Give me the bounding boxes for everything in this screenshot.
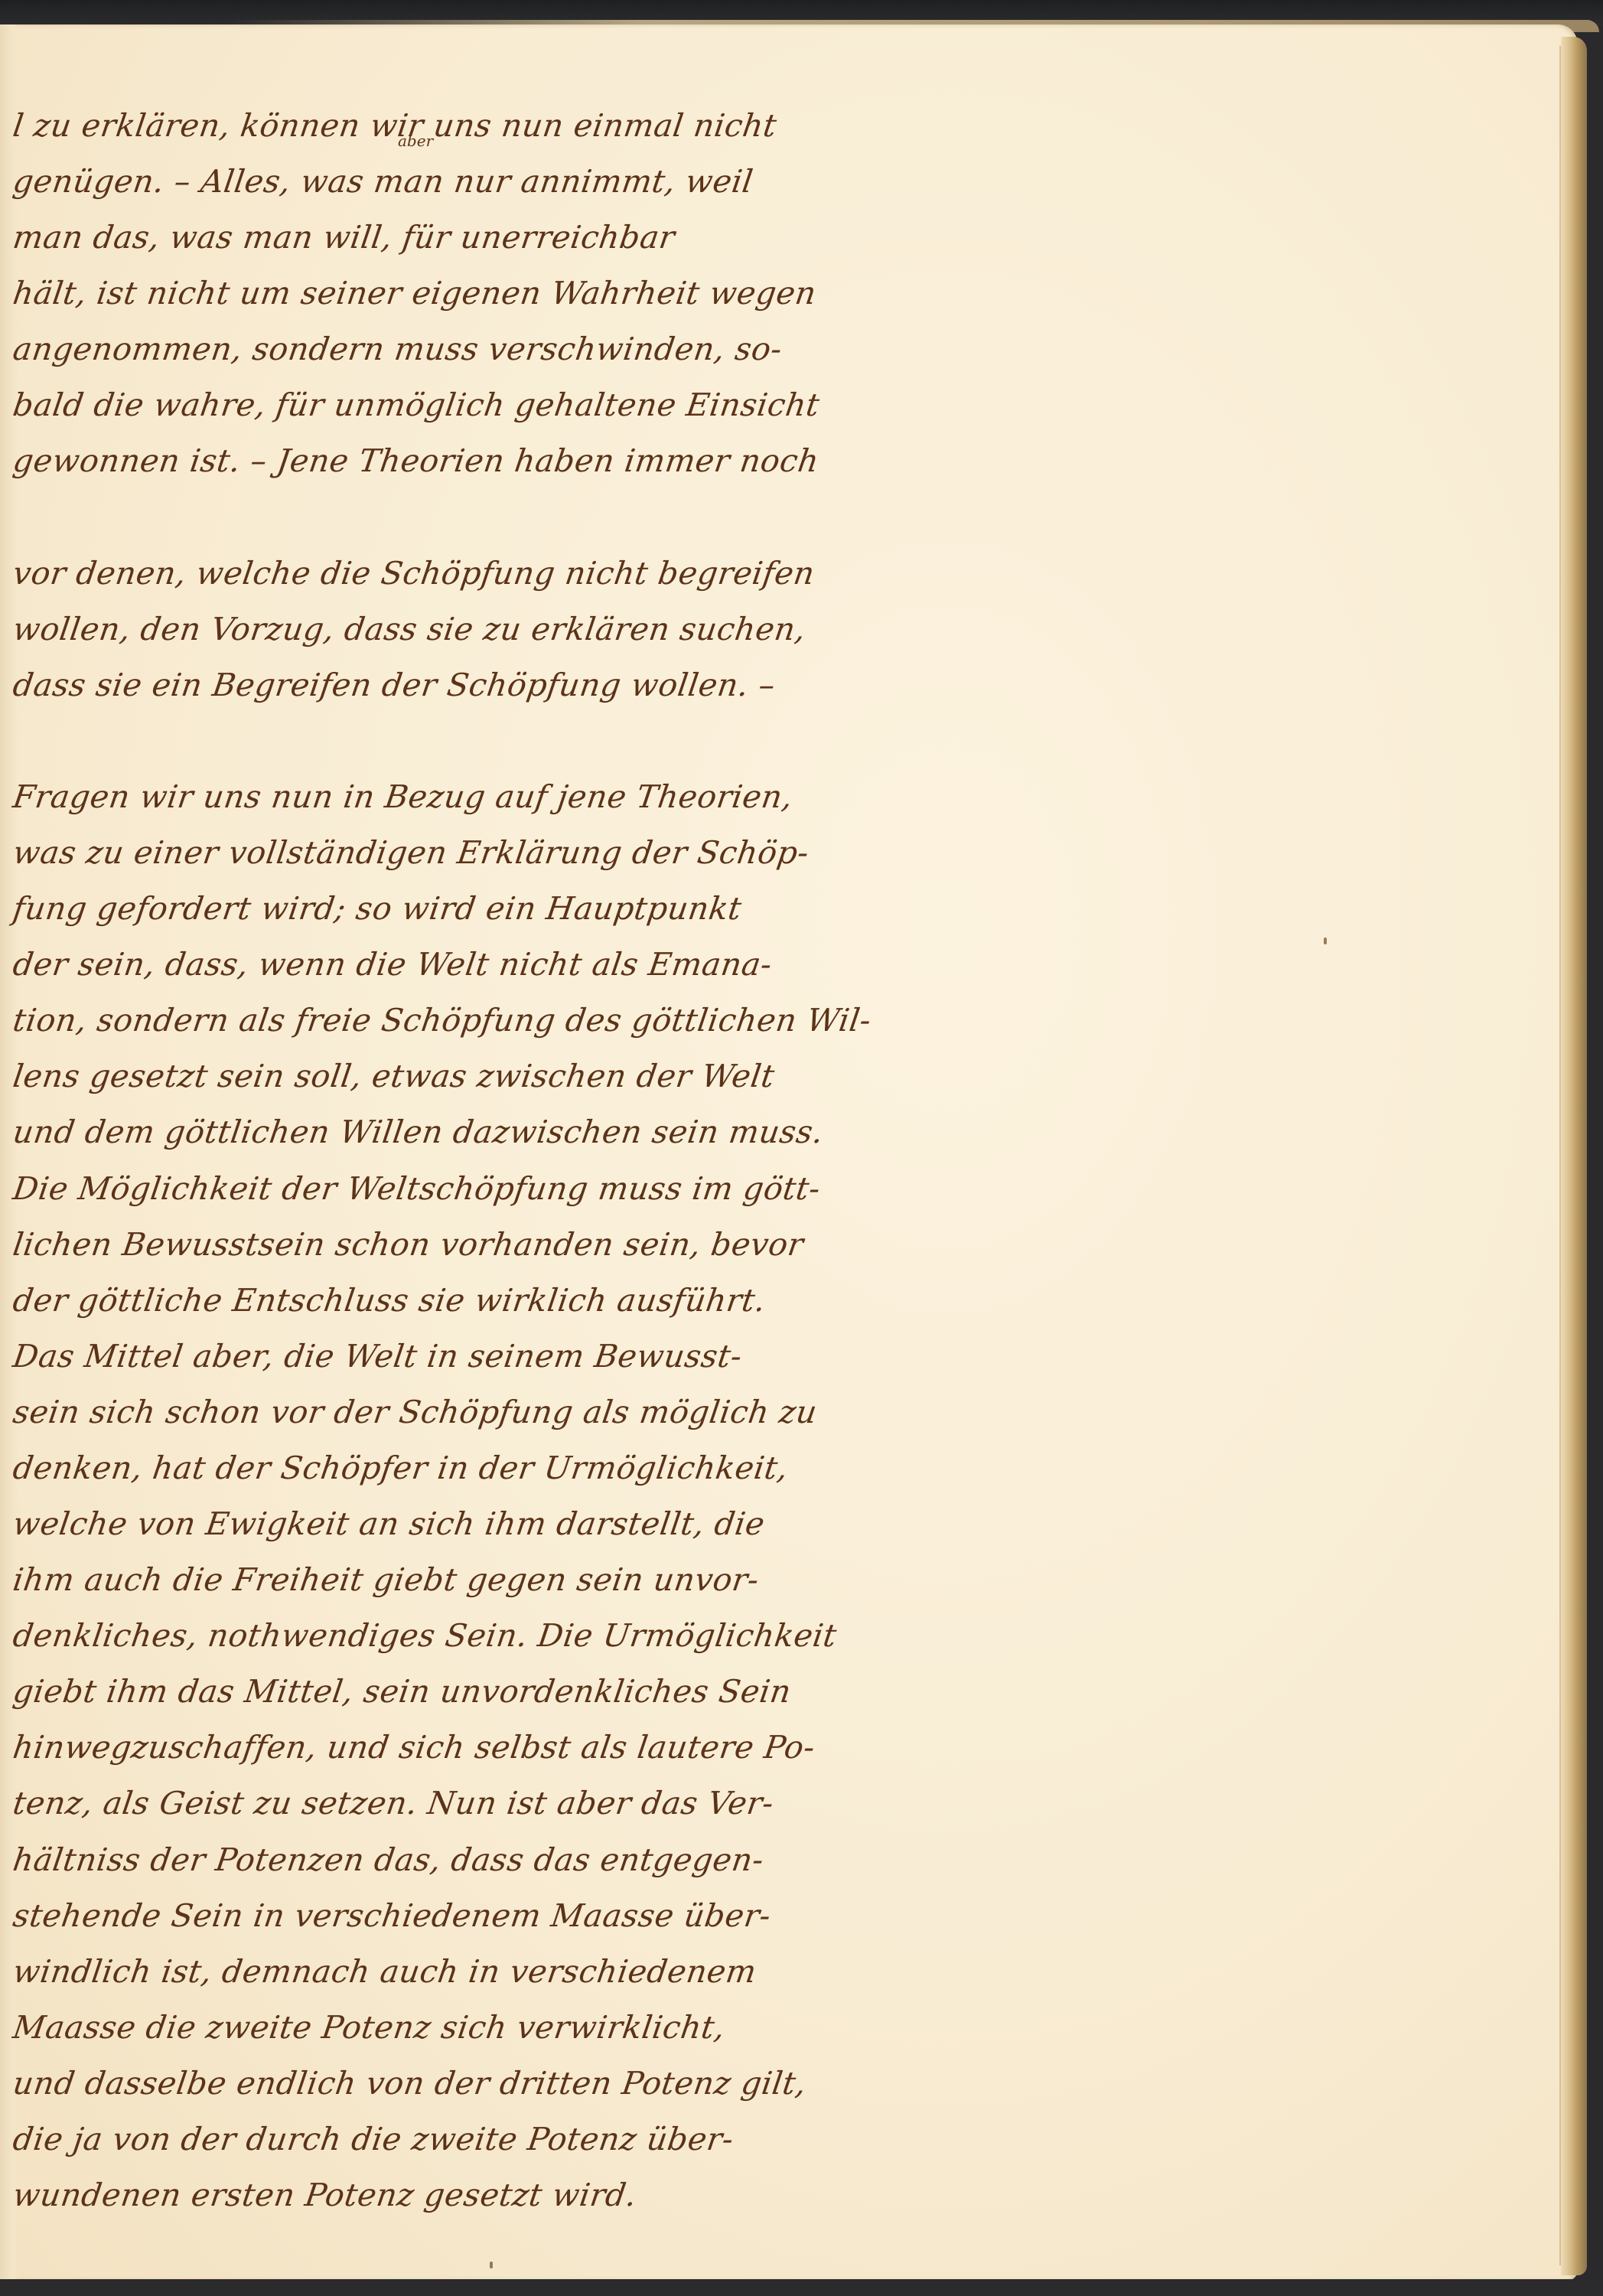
manuscript-line: Das Mittel aber, die Welt in seinem Bewu…: [11, 1338, 744, 1375]
manuscript-line: genügen. – Alles, was man nur annimmt, w…: [11, 163, 755, 200]
manuscript-line: der sein, dass, wenn die Welt nicht als …: [11, 946, 774, 983]
manuscript-line: und dem göttlichen Willen dazwischen sei…: [11, 1114, 826, 1150]
page-fore-edge: [1561, 37, 1587, 2275]
manuscript-line: der göttliche Entschluss sie wirklich au…: [11, 1282, 768, 1319]
manuscript-line: bald die wahre, für unmöglich gehaltene …: [11, 386, 822, 423]
manuscript-line: wundenen ersten Potenz gesetzt wird.: [11, 2177, 639, 2213]
manuscript-line: hinwegzuschaffen, und sich selbst als la…: [11, 1729, 817, 1766]
manuscript-line: gewonnen ist. – Jene Theorien haben imme…: [11, 442, 821, 479]
manuscript-line: l zu erklären, können wir uns nun einmal…: [11, 107, 779, 144]
manuscript-line: hältniss der Potenzen das, dass das entg…: [11, 1841, 766, 1878]
manuscript-line: die ja von der durch die zweite Potenz ü…: [11, 2121, 736, 2157]
manuscript-line: tenz, als Geist zu setzen. Nun ist aber …: [11, 1785, 776, 1821]
manuscript-line: und dasselbe endlich von der dritten Pot…: [11, 2065, 809, 2102]
page-edge-line: [1559, 46, 1561, 2265]
dark-background-bottom: [0, 2279, 1603, 2296]
manuscript-line: Die Möglichkeit der Weltschöpfung muss i…: [11, 1170, 823, 1207]
manuscript-line: man das, was man will, für unerreichbar: [11, 219, 677, 256]
manuscript-line: vor denen, welche die Schöpfung nicht be…: [11, 555, 817, 592]
ink-speck: [490, 2262, 493, 2268]
manuscript-line: was zu einer vollständigen Erklärung der…: [11, 834, 811, 871]
interlinear-insertion: aber: [398, 132, 433, 150]
manuscript-line: lens gesetzt sein soll, etwas zwischen d…: [11, 1058, 777, 1094]
manuscript-line: windlich ist, demnach auch in verschiede…: [11, 1953, 759, 1990]
manuscript-line: angenommen, sondern muss verschwinden, s…: [11, 331, 784, 367]
manuscript-line: denkliches, nothwendiges Sein. Die Urmög…: [11, 1617, 839, 1654]
manuscript-line: stehende Sein in verschiedenem Maasse üb…: [11, 1897, 774, 1934]
manuscript-line: sein sich schon vor der Schöpfung als mö…: [11, 1394, 819, 1430]
manuscript-line: ihm auch die Freiheit giebt gegen sein u…: [11, 1561, 761, 1598]
manuscript-line: denken, hat der Schöpfer in der Urmöglic…: [11, 1450, 790, 1486]
manuscript-line: Fragen wir uns nun in Bezug auf jene The…: [11, 778, 795, 815]
manuscript-line: giebt ihm das Mittel, sein unvordenklich…: [11, 1673, 793, 1710]
manuscript-line: dass sie ein Begreifen der Schöpfung wol…: [11, 667, 777, 703]
manuscript-line: lichen Bewusstsein schon vorhanden sein,…: [11, 1226, 806, 1263]
ink-speck: [1324, 938, 1327, 944]
manuscript-line: fung gefordert wird; so wird ein Hauptpu…: [11, 890, 744, 927]
manuscript-line: tion, sondern als freie Schöpfung des gö…: [11, 1002, 874, 1039]
manuscript-line: Maasse die zweite Potenz sich verwirklic…: [11, 2009, 728, 2046]
manuscript-line: hält, ist nicht um seiner eigenen Wahrhe…: [11, 275, 819, 311]
manuscript-line: welche von Ewigkeit an sich ihm darstell…: [11, 1505, 767, 1542]
manuscript-line: wollen, den Vorzug, dass sie zu erklären…: [11, 611, 808, 647]
